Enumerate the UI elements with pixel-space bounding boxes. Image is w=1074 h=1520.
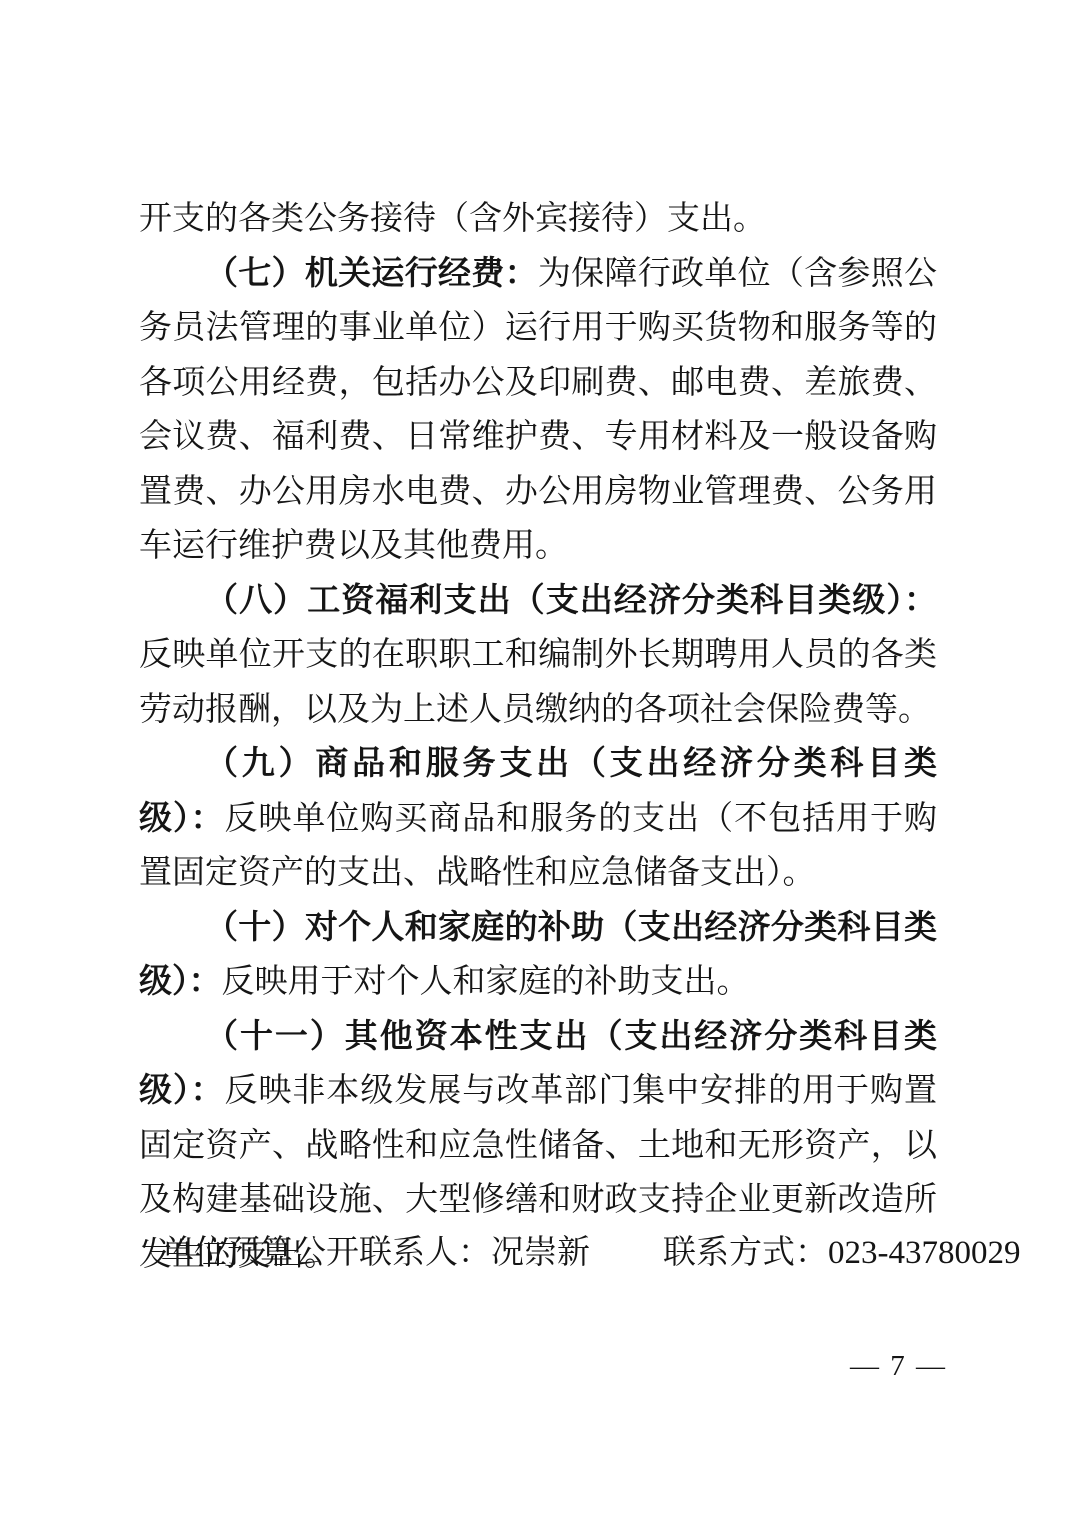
paragraph-item-10: （十）对个人和家庭的补助（支出经济分类科目类级）：反映用于对个人和家庭的补助支出… bbox=[139, 901, 937, 1010]
paragraph-text: 反映单位开支的在职职工和编制外长期聘用人员的各类劳动报酬，以及为上述人员缴纳的各… bbox=[139, 637, 937, 728]
paragraph-text: 反映单位购买商品和服务的支出（不包括用于购置固定资产的支出、战略性和应急储备支出… bbox=[139, 801, 937, 892]
contact-line: 单位预算公开联系人：况崇新联系方式：023-43780029 bbox=[161, 1226, 1021, 1273]
body-text: 开支的各类公务接待（含外宾接待）支出。 （七）机关运行经费：为保障行政单位（含参… bbox=[139, 192, 937, 1282]
paragraph-text: 为保障行政单位（含参照公务员法管理的事业单位）运行用于购买货物和服务等的各项公用… bbox=[139, 256, 937, 565]
contact-phone: 联系方式：023-43780029 bbox=[663, 1235, 1021, 1271]
paragraph-continuation: 开支的各类公务接待（含外宾接待）支出。 bbox=[139, 192, 937, 247]
paragraph-item-9: （九）商品和服务支出（支出经济分类科目类级）：反映单位购买商品和服务的支出（不包… bbox=[139, 737, 937, 901]
document-page: 开支的各类公务接待（含外宾接待）支出。 （七）机关运行经费：为保障行政单位（含参… bbox=[0, 0, 1074, 1520]
paragraph-heading: （八）工资福利支出（支出经济分类科目类级）： bbox=[205, 583, 937, 619]
contact-person: 单位预算公开联系人：况崇新 bbox=[161, 1235, 590, 1271]
paragraph-text: 反映用于对个人和家庭的补助支出。 bbox=[222, 964, 750, 1000]
paragraph-heading: （七）机关运行经费： bbox=[205, 256, 538, 292]
paragraph-item-8: （八）工资福利支出（支出经济分类科目类级）：反映单位开支的在职职工和编制外长期聘… bbox=[139, 574, 937, 738]
page-number: — 7 — bbox=[850, 1350, 947, 1383]
paragraph-item-7: （七）机关运行经费：为保障行政单位（含参照公务员法管理的事业单位）运行用于购买货… bbox=[139, 247, 937, 574]
paragraph-text: 开支的各类公务接待（含外宾接待）支出。 bbox=[139, 201, 766, 237]
